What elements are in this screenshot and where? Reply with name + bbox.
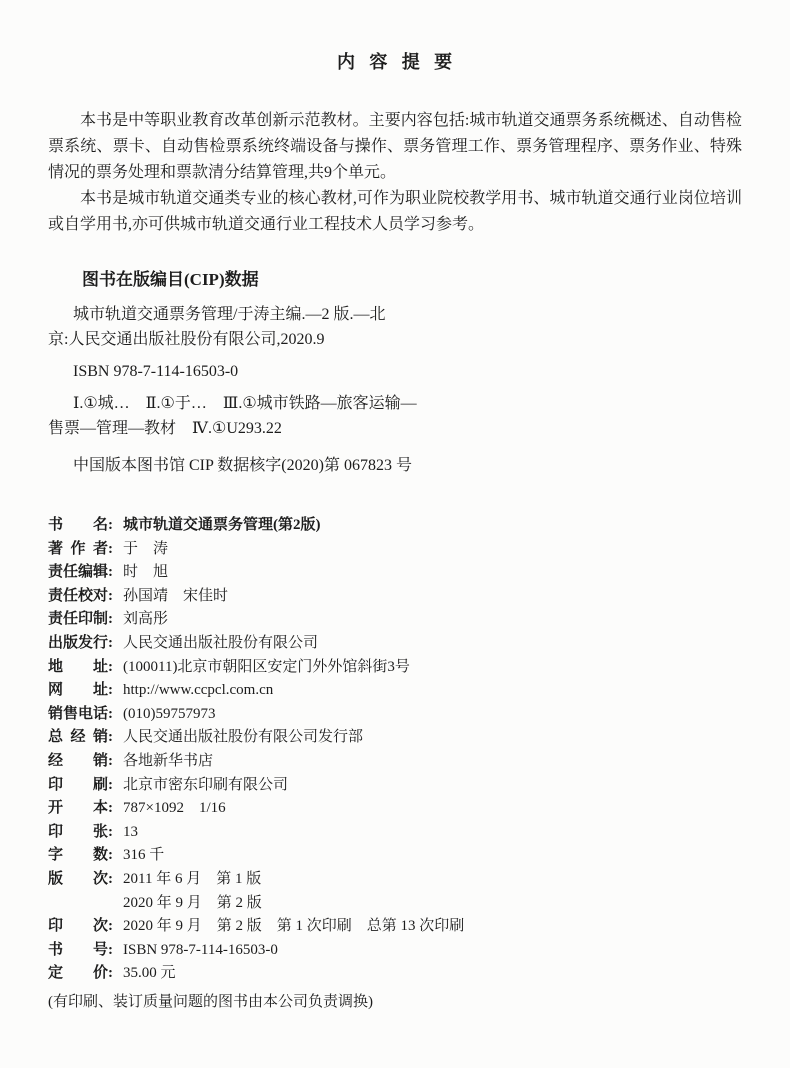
field-value: 孙国靖 宋佳时 bbox=[123, 588, 228, 604]
field-colon: : bbox=[108, 915, 114, 939]
field-label: 经销 bbox=[48, 750, 108, 774]
field-colon: : bbox=[108, 750, 114, 774]
colophon-row-publisher: 出版发行:人民交通出版社股份有限公司 bbox=[48, 632, 742, 656]
field-value: (100011)北京市朝阳区安定门外外馆斜街3号 bbox=[123, 659, 410, 675]
field-value: 人民交通出版社股份有限公司 bbox=[123, 635, 318, 651]
colophon-row-editor: 责任编辑:时 旭 bbox=[48, 561, 742, 585]
field-colon: : bbox=[108, 844, 114, 868]
field-value: ISBN 978-7-114-16503-0 bbox=[123, 942, 278, 958]
field-colon: : bbox=[108, 726, 114, 750]
field-colon: : bbox=[108, 939, 114, 963]
field-value: 城市轨道交通票务管理(第2版) bbox=[123, 517, 321, 533]
field-value: 2020 年 9 月 第 2 版 bbox=[123, 895, 262, 911]
field-value: 时 旭 bbox=[123, 564, 168, 580]
field-value: 人民交通出版社股份有限公司发行部 bbox=[123, 729, 363, 745]
cip-line-isbn: ISBN 978-7-114-16503-0 bbox=[48, 359, 742, 384]
summary-paragraph-1: 本书是中等职业教育改革创新示范教材。主要内容包括:城市轨道交通票务系统概述、自动… bbox=[48, 108, 742, 186]
field-label: 总经销 bbox=[48, 726, 108, 750]
cip-heading: 图书在版编目(CIP)数据 bbox=[48, 268, 742, 292]
colophon-row-print-supervisor: 责任印制:刘高彤 bbox=[48, 608, 742, 632]
quality-exchange-note: (有印刷、装订质量问题的图书由本公司负责调换) bbox=[48, 990, 742, 1014]
colophon-row-general-distributor: 总经销:人民交通出版社股份有限公司发行部 bbox=[48, 726, 742, 750]
content-summary: 本书是中等职业教育改革创新示范教材。主要内容包括:城市轨道交通票务系统概述、自动… bbox=[48, 108, 742, 238]
field-label: 著作者 bbox=[48, 538, 108, 562]
field-value: 2020 年 9 月 第 2 版 第 1 次印刷 总第 13 次印刷 bbox=[123, 918, 464, 934]
cip-line-title: 城市轨道交通票务管理/于涛主编.—2 版.—北 bbox=[48, 302, 742, 327]
colophon-row-website: 网址:http://www.ccpcl.com.cn bbox=[48, 679, 742, 703]
field-value: 13 bbox=[123, 824, 138, 840]
cip-lines: 城市轨道交通票务管理/于涛主编.—2 版.—北 京:人民交通出版社股份有限公司,… bbox=[48, 302, 742, 478]
colophon-row-address: 地址:(100011)北京市朝阳区安定门外外馆斜街3号 bbox=[48, 656, 742, 680]
page-title: 内 容 提 要 bbox=[48, 0, 742, 74]
summary-paragraph-2: 本书是城市轨道交通类专业的核心教材,可作为职业院校教学用书、城市轨道交通行业岗位… bbox=[48, 186, 742, 238]
field-colon: : bbox=[108, 797, 114, 821]
copyright-page: 内 容 提 要 本书是中等职业教育改革创新示范教材。主要内容包括:城市轨道交通票… bbox=[0, 0, 790, 1068]
field-label: 印刷 bbox=[48, 774, 108, 798]
colophon-list: 书名:城市轨道交通票务管理(第2版) 著作者:于 涛 责任编辑:时 旭 责任校对… bbox=[48, 514, 742, 986]
cip-line-publisher: 京:人民交通出版社股份有限公司,2020.9 bbox=[48, 327, 742, 352]
field-label: 书名 bbox=[48, 514, 108, 538]
field-label: 责任印制 bbox=[48, 608, 108, 632]
colophon-row-sheets: 印张:13 bbox=[48, 821, 742, 845]
field-value: 787×1092 1/16 bbox=[123, 800, 226, 816]
colophon-row-distributor: 经销:各地新华书店 bbox=[48, 750, 742, 774]
field-label: 出版发行 bbox=[48, 632, 108, 656]
cip-line-classification: Ⅰ.①城… Ⅱ.①于… Ⅲ.①城市铁路—旅客运输— bbox=[48, 391, 742, 416]
field-value: 北京市密东印刷有限公司 bbox=[123, 777, 288, 793]
field-colon: : bbox=[108, 514, 114, 538]
cip-block: 图书在版编目(CIP)数据 城市轨道交通票务管理/于涛主编.—2 版.—北 京:… bbox=[48, 268, 742, 478]
colophon-row-impression: 印次:2020 年 9 月 第 2 版 第 1 次印刷 总第 13 次印刷 bbox=[48, 915, 742, 939]
field-value: 刘高彤 bbox=[123, 611, 168, 627]
field-label: 印张 bbox=[48, 821, 108, 845]
colophon-row-price: 定价:35.00 元 bbox=[48, 962, 742, 986]
field-value: http://www.ccpcl.com.cn bbox=[123, 682, 273, 698]
field-label: 印次 bbox=[48, 915, 108, 939]
field-label: 网址 bbox=[48, 679, 108, 703]
field-colon: : bbox=[108, 868, 114, 892]
field-colon: : bbox=[108, 679, 114, 703]
field-colon: : bbox=[108, 585, 114, 609]
cip-line-classification-cont: 售票—管理—教材 Ⅳ.①U293.22 bbox=[48, 416, 742, 441]
field-colon: : bbox=[108, 962, 114, 986]
colophon-row-word-count: 字数:316 千 bbox=[48, 844, 742, 868]
colophon-row-edition-continuation: 2020 年 9 月 第 2 版 bbox=[48, 892, 742, 916]
field-value: 35.00 元 bbox=[123, 965, 176, 981]
field-colon: : bbox=[108, 561, 114, 585]
field-value: 于 涛 bbox=[123, 541, 168, 557]
field-value: (010)59757973 bbox=[123, 706, 216, 722]
field-label: 字数 bbox=[48, 844, 108, 868]
field-label: 开本 bbox=[48, 797, 108, 821]
field-label: 定价 bbox=[48, 962, 108, 986]
colophon-row-format: 开本:787×1092 1/16 bbox=[48, 797, 742, 821]
field-colon: : bbox=[108, 632, 114, 656]
colophon-row-edition: 版次:2011 年 6 月 第 1 版 bbox=[48, 868, 742, 892]
field-label: 责任编辑 bbox=[48, 561, 108, 585]
colophon-row-book-title: 书名:城市轨道交通票务管理(第2版) bbox=[48, 514, 742, 538]
colophon-row-proofreader: 责任校对:孙国靖 宋佳时 bbox=[48, 585, 742, 609]
field-value: 316 千 bbox=[123, 847, 164, 863]
field-label: 销售电话 bbox=[48, 703, 108, 727]
field-label: 责任校对 bbox=[48, 585, 108, 609]
colophon-row-sales-phone: 销售电话:(010)59757973 bbox=[48, 703, 742, 727]
field-colon: : bbox=[108, 821, 114, 845]
field-colon: : bbox=[108, 538, 114, 562]
field-colon: : bbox=[108, 703, 114, 727]
colophon-row-isbn: 书号:ISBN 978-7-114-16503-0 bbox=[48, 939, 742, 963]
field-value: 各地新华书店 bbox=[123, 753, 213, 769]
field-colon: : bbox=[108, 608, 114, 632]
cip-line-record-number: 中国版本图书馆 CIP 数据核字(2020)第 067823 号 bbox=[48, 453, 742, 478]
field-value: 2011 年 6 月 第 1 版 bbox=[123, 871, 261, 887]
field-colon: : bbox=[108, 656, 114, 680]
colophon-row-printer: 印刷:北京市密东印刷有限公司 bbox=[48, 774, 742, 798]
field-label: 版次 bbox=[48, 868, 108, 892]
field-label: 地址 bbox=[48, 656, 108, 680]
field-label: 书号 bbox=[48, 939, 108, 963]
field-colon: : bbox=[108, 774, 114, 798]
colophon-row-author: 著作者:于 涛 bbox=[48, 538, 742, 562]
